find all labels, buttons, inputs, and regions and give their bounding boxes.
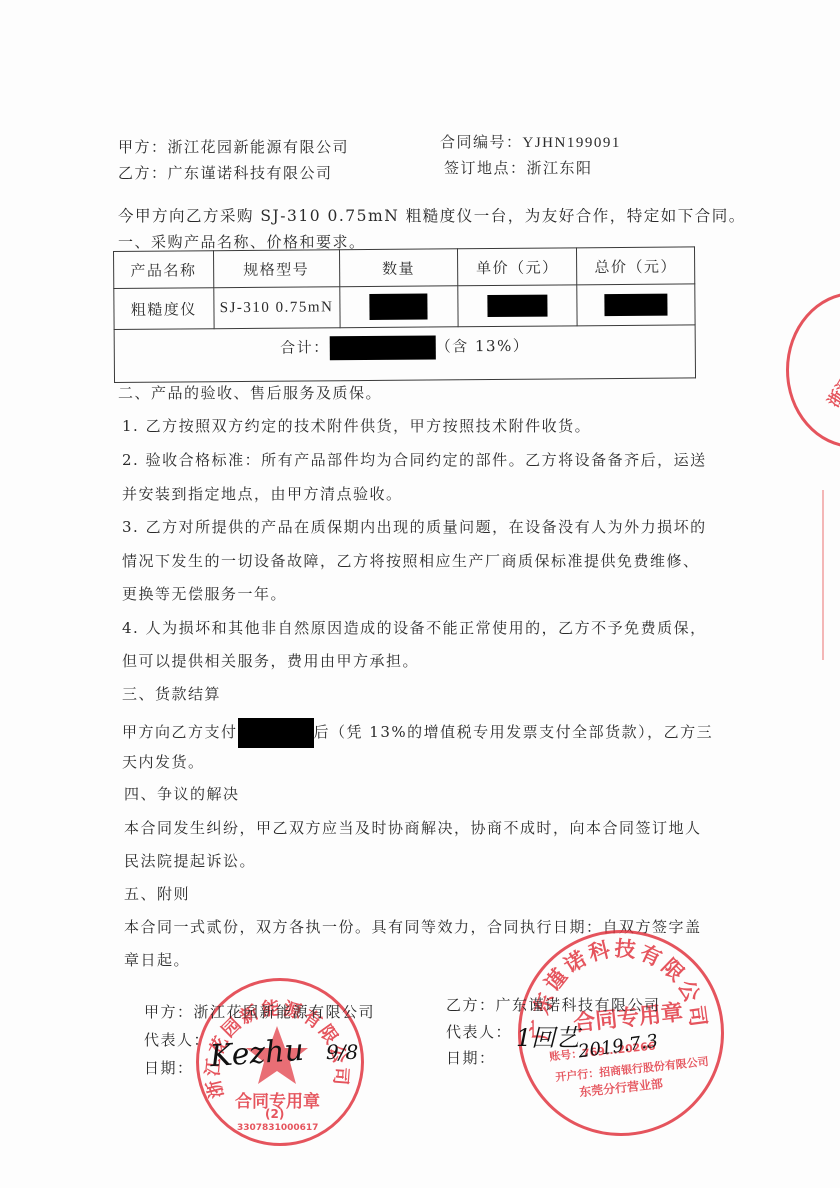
col-header-qty: 数量 xyxy=(339,249,458,287)
sign-place: 签订地点：浙江东阳 xyxy=(444,158,593,178)
section-4-line-1: 本合同发生纠纷，甲乙双方应当及时协商解决，协商不成时，向本合同签订地人 xyxy=(124,818,702,838)
section-3-title: 三、货款结算 xyxy=(122,684,221,704)
table-header-row: 产品名称 规格型号 数量 单价（元） 总价（元） xyxy=(114,247,695,289)
party-a-handwritten-date: 9/8 xyxy=(326,1040,358,1064)
section-2-line-6: 更换等无偿服务一年。 xyxy=(122,584,287,604)
section-2-line-3: 并安装到指定地点，由甲方清点验收。 xyxy=(122,484,403,504)
section-2-line-5: 情况下发生的一切设备故障，乙方将按照相应生产厂商质保标准提供免费维修、 xyxy=(122,551,700,571)
edge-seal: 浙江花园新能源 xyxy=(786,292,840,448)
cell-qty xyxy=(339,286,458,328)
col-header-unit-price: 单价（元） xyxy=(458,248,577,286)
product-table: 产品名称 规格型号 数量 单价（元） 总价（元） 粗糙度仪 SJ-310 0.7… xyxy=(113,246,696,383)
payment-prefix: 甲方向乙方支付 xyxy=(122,723,238,741)
party-a-date-label: 日期： xyxy=(144,1058,194,1078)
party-a-rep-label: 代表人： xyxy=(144,1030,210,1050)
party-a-sign-name: 甲方：浙江花园新能源有限公司 xyxy=(144,1002,375,1022)
intro-text: 今甲方向乙方采购 SJ-310 0.75mN 粗糙度仪一台，为友好合作，特定如下… xyxy=(118,206,746,226)
party-b-signature: 1回艺 xyxy=(516,1018,579,1053)
redaction-total-price xyxy=(604,294,667,316)
cell-unit-price xyxy=(458,285,577,327)
redaction-qty xyxy=(370,294,428,320)
party-b-date-label: 日期： xyxy=(446,1048,496,1068)
redaction-unit-price xyxy=(488,295,548,317)
section-5-line-2: 章日起。 xyxy=(124,950,190,970)
cell-total-price xyxy=(577,284,695,326)
party-a-signature: Kezhu xyxy=(209,1033,305,1074)
section-5-title: 五、附则 xyxy=(124,884,190,904)
party-a-seal-code: 3307831000617 xyxy=(237,1123,318,1133)
section-3-line-2: 天内发货。 xyxy=(122,752,205,772)
payment-suffix: 后（凭 13%的增值税专用发票支付全部货款），乙方三 xyxy=(314,723,714,741)
col-header-model: 规格型号 xyxy=(213,250,339,288)
section-2-line-7: 4. 人为损坏和其他非自然原因造成的设备不能正常使用的，乙方不予免费质保， xyxy=(122,618,707,638)
section-2-line-8: 但可以提供相关服务，费用由甲方承担。 xyxy=(122,651,419,671)
section-2-line-4: 3. 乙方对所提供的产品在质保期内出现的质量问题，在设备没有人为外力损坏的 xyxy=(122,517,707,537)
cell-model: SJ-310 0.75mN xyxy=(213,287,339,329)
party-b-rep-label: 代表人： xyxy=(446,1022,512,1042)
col-header-name: 产品名称 xyxy=(114,251,214,289)
table-row: 粗糙度仪 SJ-310 0.75mN xyxy=(114,284,695,330)
party-a-header: 甲方：浙江花园新能源有限公司 xyxy=(118,137,349,157)
section-2-title: 二、产品的验收、售后服务及质保。 xyxy=(118,383,382,403)
redaction-total xyxy=(330,335,436,360)
party-b-sign-name: 乙方：广东谨诺科技有限公司 xyxy=(446,995,661,1015)
section-4-line-2: 民法院提起诉讼。 xyxy=(124,851,256,871)
cell-product-name: 粗糙度仪 xyxy=(114,288,214,330)
party-a-seal-index: (2) xyxy=(265,1107,284,1121)
tax-note: （含 13%） xyxy=(436,337,530,356)
edge-seal-fragment xyxy=(822,490,834,660)
section-3-line-1: 甲方向乙方支付后（凭 13%的增值税专用发票支付全部货款），乙方三 xyxy=(122,718,713,748)
section-2-line-2: 2. 验收合格标准：所有产品部件均为合同约定的部件。乙方将设备备齐后，运送 xyxy=(122,450,707,470)
cell-total: 合计：（含 13%） xyxy=(114,325,695,383)
section-4-title: 四、争议的解决 xyxy=(124,784,240,804)
total-label: 合计： xyxy=(280,338,330,356)
edge-seal-text: 浙江花园新能源 xyxy=(821,302,840,411)
col-header-total-price: 总价（元） xyxy=(577,247,695,285)
redaction-payment-amount xyxy=(238,718,314,748)
table-total-row: 合计：（含 13%） xyxy=(114,325,695,383)
section-2-line-1: 1. 乙方按照双方约定的技术附件供货，甲方按照技术附件收货。 xyxy=(122,416,591,436)
contract-number: 合同编号：YJHN199091 xyxy=(440,133,621,153)
party-b-header: 乙方：广东谨诺科技有限公司 xyxy=(118,163,333,183)
